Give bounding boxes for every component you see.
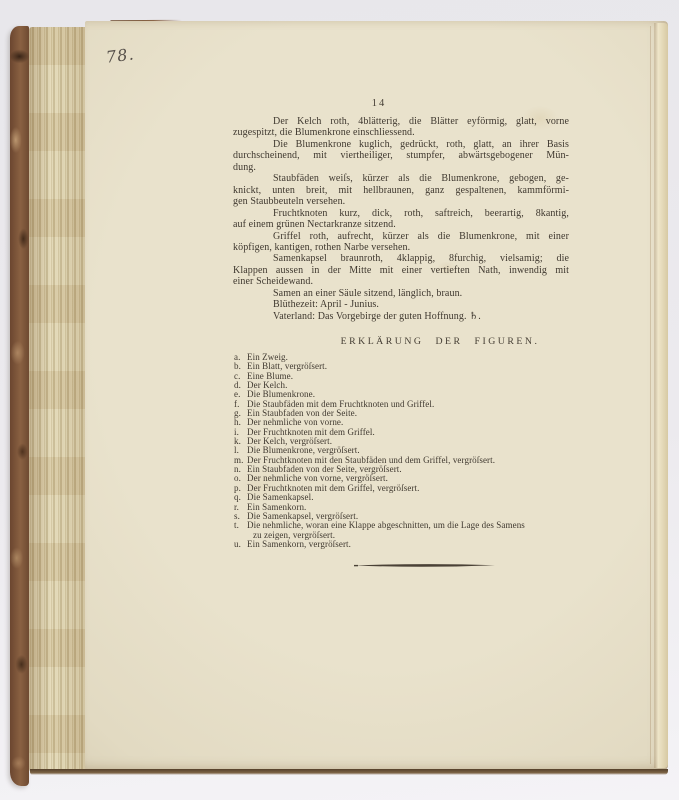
figure-letter: u. bbox=[234, 540, 247, 549]
body-line: Der Kelch roth, 4blätterig, die Blätter … bbox=[233, 116, 569, 127]
book-spine bbox=[10, 26, 29, 786]
book-bottom-edge bbox=[30, 769, 668, 775]
body-line: durchscheinend, mit viertheiliger, stump… bbox=[233, 150, 569, 161]
body-line: Griffel roth, aufrecht, kürzer als die B… bbox=[233, 231, 569, 242]
figures-heading: ERKLÄRUNG DER FIGUREN. bbox=[290, 336, 590, 347]
body-line: auf einem grünen Nectarkranze sitzend. bbox=[233, 219, 569, 230]
figure-row: u.Ein Samenkorn, vergröſsert. bbox=[234, 540, 579, 549]
body-line: Die Blumenkrone kuglich, gedrückt, roth,… bbox=[233, 139, 569, 150]
body-text: Der Kelch roth, 4blätterig, die Blätter … bbox=[233, 116, 569, 322]
body-line: köpfigen, kantigen, rothen Narbe versehe… bbox=[233, 242, 569, 253]
figure-text: Ein Samenkorn, vergröſsert. bbox=[247, 540, 351, 549]
body-line: gen Staubbeuteln versehen. bbox=[233, 196, 569, 207]
body-line: Staubfäden weiſs, kürzer als die Blumenk… bbox=[233, 173, 569, 184]
body-line: Klappen aussen in der Mitte mit einer ve… bbox=[233, 265, 569, 276]
page-crease bbox=[650, 26, 651, 764]
body-line: dung. bbox=[233, 162, 569, 173]
figures-list: a.Ein Zweig. b.Ein Blatt, vergröſsert. c… bbox=[234, 353, 579, 549]
body-line: Fruchtknoten kurz, dick, roth, saftreich… bbox=[233, 208, 569, 219]
swelled-rule-divider bbox=[354, 557, 496, 566]
book-page-scan: 78. 14 Der Kelch roth, 4blätterig, die B… bbox=[0, 0, 679, 800]
body-line: einer Scheidewand. bbox=[233, 276, 569, 287]
page-edges-stack bbox=[29, 27, 86, 772]
body-line: Blüthezeit: April - Junius. bbox=[233, 299, 569, 310]
page-fore-edge bbox=[654, 23, 668, 768]
swelled-rule-icon bbox=[354, 561, 496, 570]
body-line: Samen an einer Säule sitzend, länglich, … bbox=[233, 288, 569, 299]
body-line: zugespitzt, die Blumenkrone einschliesse… bbox=[233, 127, 569, 138]
printed-page-number: 14 bbox=[356, 98, 402, 109]
figure-letter: t. bbox=[234, 521, 247, 530]
body-line: Vaterland: Das Vorgebirge der guten Hoff… bbox=[233, 311, 569, 322]
handwritten-folio-number: 78. bbox=[105, 44, 136, 66]
body-line: knickt, unten breit, mit hellbraunen, ga… bbox=[233, 185, 569, 196]
body-line: Samenkapsel braunroth, 4klappig, 8furchi… bbox=[233, 253, 569, 264]
